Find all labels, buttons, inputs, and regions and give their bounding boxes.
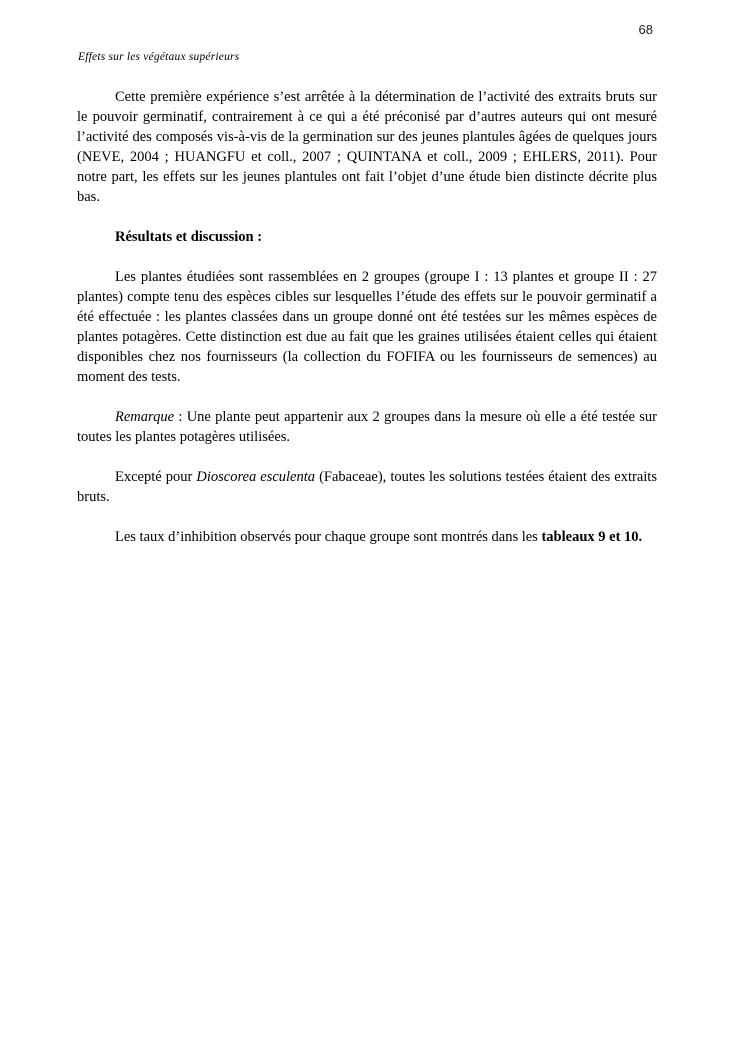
excepte-text-pre: Excepté pour [115,469,196,485]
paragraph-experience: Cette première expérience s’est arrêtée … [77,87,657,207]
paragraph-excepte: Excepté pour Dioscorea esculenta (Fabace… [77,467,657,507]
taux-text: Les taux d’inhibition observés pour chaq… [115,529,541,545]
paragraph-groupes: Les plantes étudiées sont rassemblées en… [77,267,657,387]
paragraph-taux-inhibition: Les taux d’inhibition observés pour chaq… [77,527,657,547]
species-name: Dioscorea esculenta [196,469,315,485]
section-heading-resultats: Résultats et discussion : [77,227,657,247]
tableaux-reference: tableaux 9 et 10. [541,529,642,545]
page-number: 68 [639,22,653,37]
page-body: Cette première expérience s’est arrêtée … [77,87,657,567]
remarque-label: Remarque [115,409,174,425]
paragraph-remarque: Remarque : Une plante peut appartenir au… [77,407,657,447]
running-header: Effets sur les végétaux supérieurs [78,51,239,63]
document-page: 68 Effets sur les végétaux supérieurs Ce… [0,0,744,1053]
